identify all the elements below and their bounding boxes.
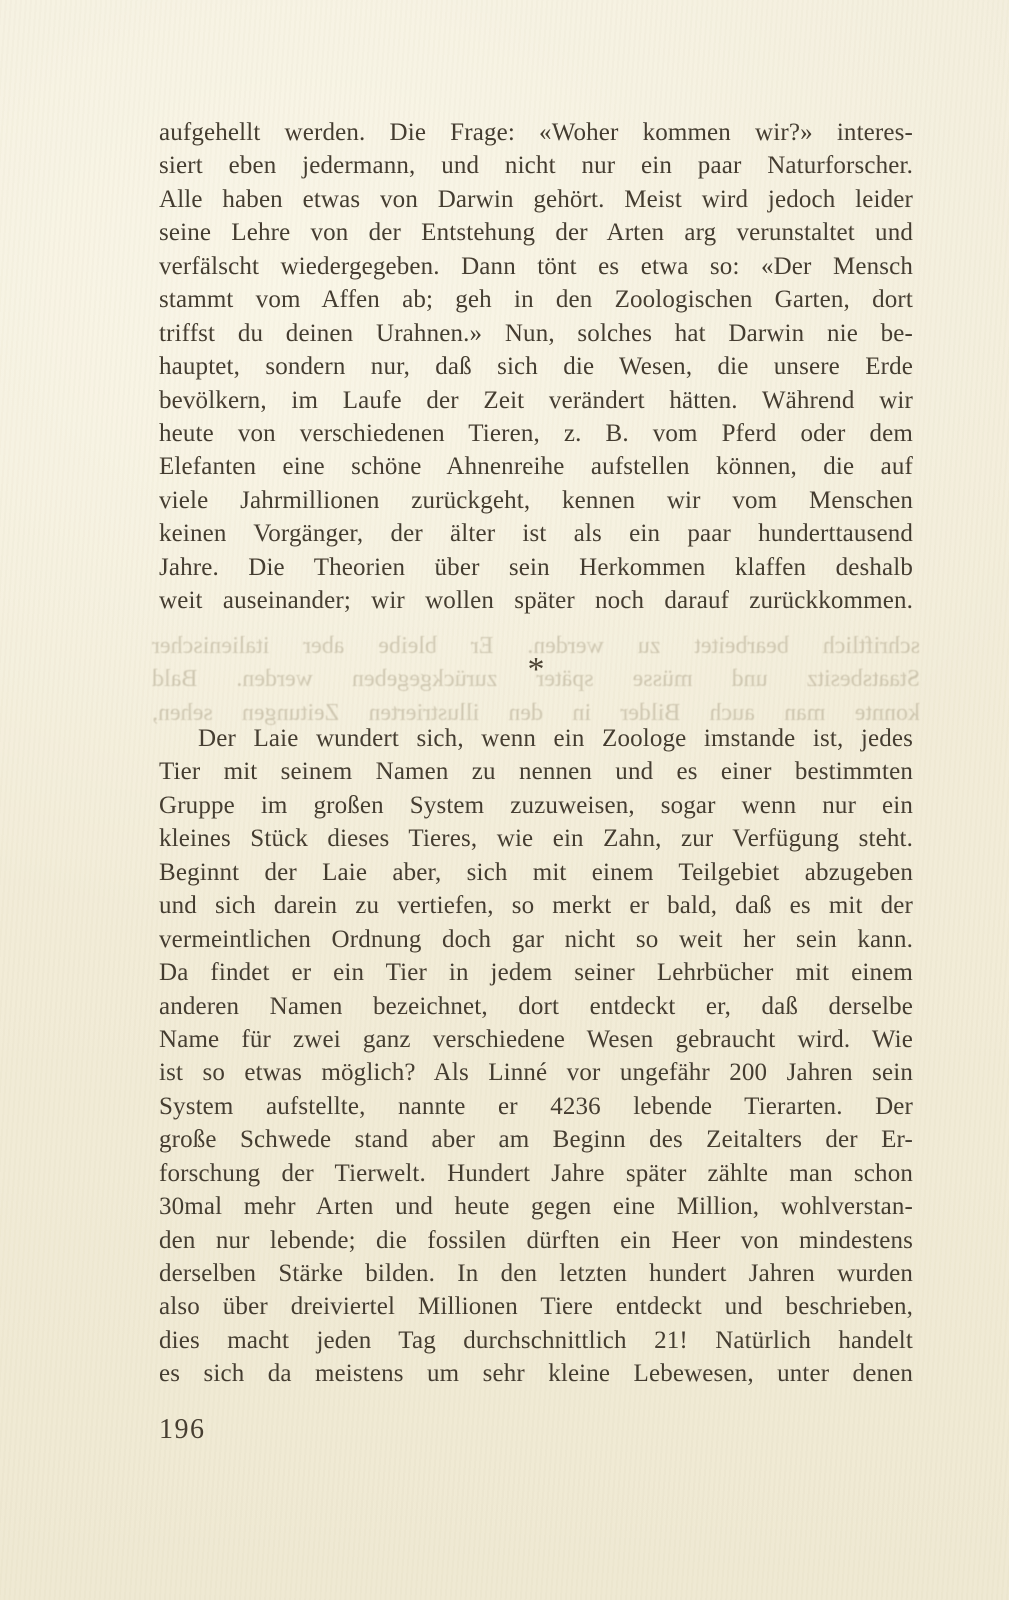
- text-line: Tier mit seinem Namen zu nennen und es e…: [159, 755, 913, 788]
- text-line: verfälscht wiedergegeben. Dann tönt es e…: [159, 250, 913, 283]
- text-line: triffst du deinen Urahnen.» Nun, solches…: [159, 317, 913, 350]
- text-line: siert eben jedermann, und nicht nur ein …: [159, 149, 913, 182]
- text-line: viele Jahrmillionen zurückgeht, kennen w…: [159, 484, 913, 517]
- text-line: heute von verschiedenen Tieren, z. B. vo…: [159, 417, 913, 450]
- book-page-scan: schriftlich bearbeitet zu werden. Er ble…: [0, 0, 1009, 1600]
- text-line: hauptet, sondern nur, daß sich die Wesen…: [159, 350, 913, 383]
- text-line: 30mal mehr Arten und heute gegen eine Mi…: [159, 1190, 913, 1223]
- text-line: vermeintlichen Ordnung doch gar nicht so…: [159, 923, 913, 956]
- text-line: ist so etwas möglich? Als Linné vor unge…: [159, 1056, 913, 1089]
- text-line: Jahre. Die Theorien über sein Herkommen …: [159, 551, 913, 584]
- text-line: Alle haben etwas von Darwin gehört. Meis…: [159, 183, 913, 216]
- text-line: kleines Stück dieses Tieres, wie ein Zah…: [159, 822, 913, 855]
- text-line: es sich da meistens um sehr kleine Lebew…: [159, 1357, 913, 1390]
- text-line: den nur lebende; die fossilen dürften ei…: [159, 1224, 913, 1257]
- text-line: dies macht jeden Tag durchschnittlich 21…: [159, 1324, 913, 1357]
- text-line: keinen Vorgänger, der älter ist als ein …: [159, 517, 913, 550]
- text-line: Gruppe im großen System zuzuweisen, soga…: [159, 789, 913, 822]
- text-line: also über dreiviertel Millionen Tiere en…: [159, 1290, 913, 1323]
- text-line: aufgehellt werden. Die Frage: «Woher kom…: [159, 116, 913, 149]
- paragraph-1: aufgehellt werden. Die Frage: «Woher kom…: [159, 116, 913, 618]
- text-line: derselben Stärke bilden. In den letzten …: [159, 1257, 913, 1290]
- text-line: Elefanten eine schöne Ahnenreihe aufstel…: [159, 450, 913, 483]
- text-line: Der Laie wundert sich, wenn ein Zoologe …: [159, 722, 913, 755]
- page-number: 196: [159, 1414, 206, 1446]
- text-line: anderen Namen bezeichnet, dort entdeckt …: [159, 990, 913, 1023]
- asterisk-glyph: *: [528, 651, 545, 689]
- text-line: Beginnt der Laie aber, sich mit einem Te…: [159, 856, 913, 889]
- text-line: Name für zwei ganz verschiedene Wesen ge…: [159, 1023, 913, 1056]
- text-line: stammt vom Affen ab; geh in den Zoologis…: [159, 283, 913, 316]
- paragraph-2: Der Laie wundert sich, wenn ein Zoologe …: [159, 722, 913, 1391]
- text-line: bevölkern, im Laufe der Zeit verändert h…: [159, 384, 913, 417]
- text-line: weit auseinander; wir wollen später noch…: [159, 584, 913, 617]
- text-line: seine Lehre von der Entstehung der Arten…: [159, 216, 913, 249]
- text-line: und sich darein zu vertiefen, so merkt e…: [159, 889, 913, 922]
- section-separator: *: [159, 641, 913, 691]
- text-line: System aufstellte, nannte er 4236 lebend…: [159, 1090, 913, 1123]
- text-line: forschung der Tierwelt. Hundert Jahre sp…: [159, 1157, 913, 1190]
- text-line: Da findet er ein Tier in jedem seiner Le…: [159, 956, 913, 989]
- text-line: große Schwede stand aber am Beginn des Z…: [159, 1123, 913, 1156]
